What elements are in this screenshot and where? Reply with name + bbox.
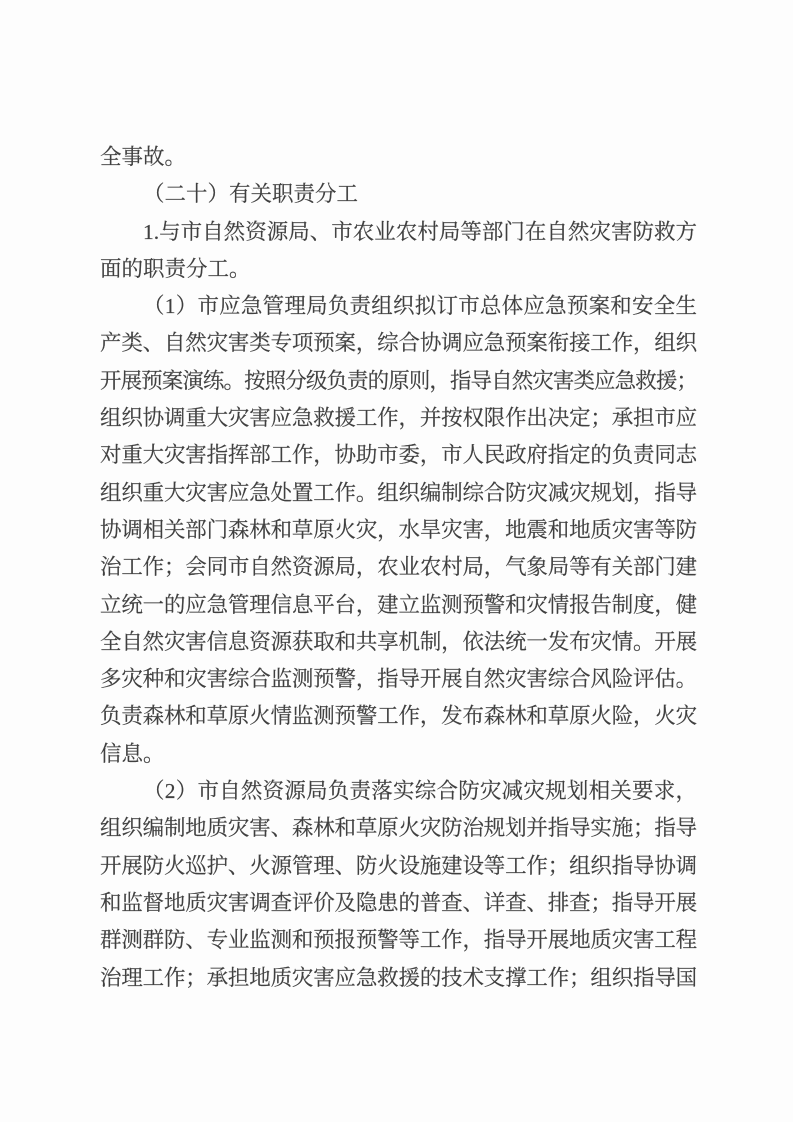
text-line: 组织重大灾害应急处置工作。组织编制综合防灾减灾规划，指导 [100, 475, 697, 512]
text-line: 对重大灾害指挥部工作，协助市委，市人民政府指定的负责同志 [100, 437, 697, 474]
text-line: 组织编制地质灾害、森林和草原火灾防治规划并指导实施；指导 [100, 810, 697, 847]
document-page: 全事故。（二十）有关职责分工1.与市自然资源局、市农业农村局等部门在自然灾害防救… [0, 0, 793, 1122]
text-line: （2）市自然资源局负责落实综合防灾减灾规划相关要求， [100, 773, 697, 810]
text-line: 信息。 [100, 736, 697, 773]
text-line: 全自然灾害信息资源获取和共享机制，依法统一发布灾情。开展 [100, 624, 697, 661]
text-line: 多灾种和灾害综合监测预警，指导开展自然灾害综合风险评估。 [100, 661, 697, 698]
text-line: 协调相关部门森林和草原火灾，水旱灾害，地震和地质灾害等防 [100, 512, 697, 549]
text-line: 开展防火巡护、火源管理、防火设施建设等工作；组织指导协调 [100, 848, 697, 885]
text-line: 治理工作；承担地质灾害应急救援的技术支撑工作；组织指导国 [100, 960, 697, 997]
text-line: 立统一的应急管理信息平台，建立监测预警和灾情报告制度，健 [100, 587, 697, 624]
text-line: （1）市应急管理局负责组织拟订市总体应急预案和安全生 [100, 288, 697, 325]
text-line: 组织协调重大灾害应急救援工作，并按权限作出决定；承担市应 [100, 400, 697, 437]
text-line: 治工作；会同市自然资源局，农业农村局，气象局等有关部门建 [100, 549, 697, 586]
text-line: 和监督地质灾害调查评价及隐患的普查、详查、排查；指导开展 [100, 885, 697, 922]
text-line: （二十）有关职责分工 [100, 176, 697, 213]
document-text: 全事故。（二十）有关职责分工1.与市自然资源局、市农业农村局等部门在自然灾害防救… [100, 139, 697, 997]
text-line: 开展预案演练。按照分级负责的原则，指导自然灾害类应急救援； [100, 363, 697, 400]
text-line: 面的职责分工。 [100, 251, 697, 288]
text-line: 负责森林和草原火情监测预警工作，发布森林和草原火险，火灾 [100, 698, 697, 735]
text-line: 1.与市自然资源局、市农业农村局等部门在自然灾害防救方 [100, 214, 697, 251]
text-line: 群测群防、专业监测和预报预警等工作，指导开展地质灾害工程 [100, 922, 697, 959]
text-line: 产类、自然灾害类专项预案，综合协调应急预案衔接工作，组织 [100, 325, 697, 362]
text-line: 全事故。 [100, 139, 697, 176]
